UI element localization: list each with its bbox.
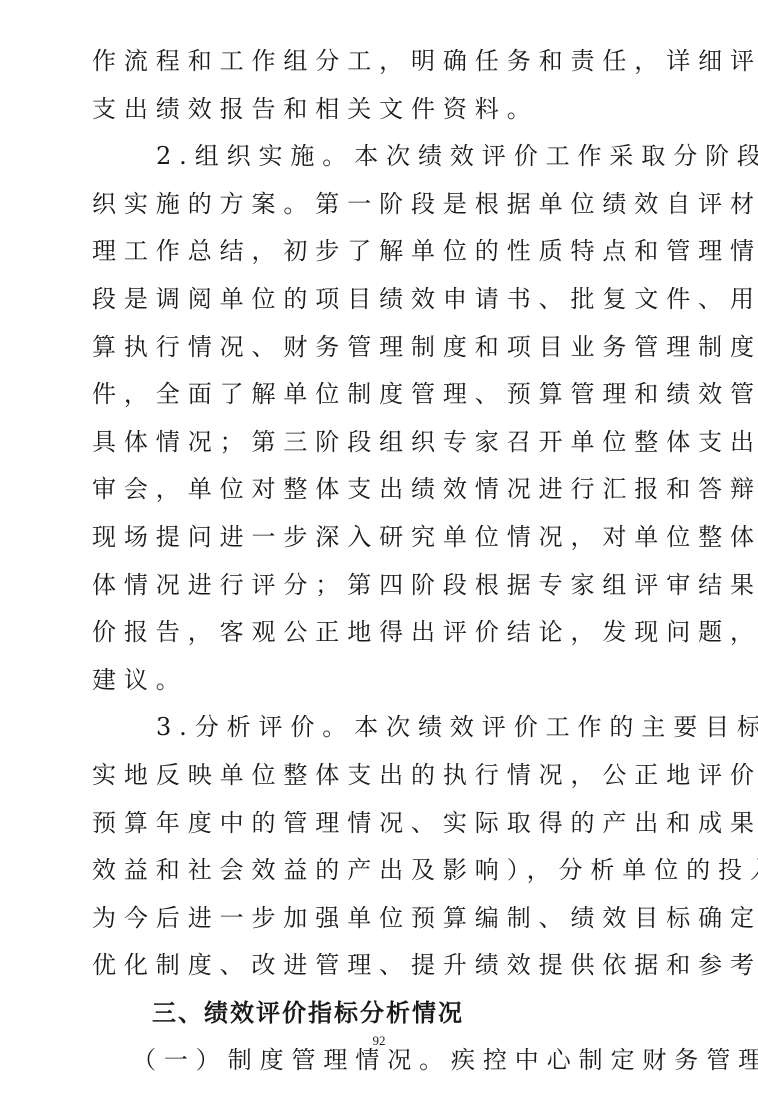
paragraph-line: 现场提问进一步深入研究单位情况，对单位整体支出绩效总 <box>92 514 668 562</box>
paragraph-line: 件，全面了解单位制度管理、预算管理和绩效管理等方面的 <box>92 371 668 419</box>
body-text: 作流程和工作组分工，明确任务和责任，详细评阅单位整体 支出绩效报告和相关文件资料… <box>92 38 668 1085</box>
paragraph-line: 审会，单位对整体支出绩效情况进行汇报和答辩，专家通过 <box>92 466 668 514</box>
paragraph-line: 建议。 <box>92 657 668 705</box>
paragraph-line: 算执行情况、财务管理制度和项目业务管理制度等规范性文 <box>92 324 668 372</box>
paragraph-line: 织实施的方案。第一阶段是根据单位绩效自评材料和绩效管 <box>92 181 668 229</box>
paragraph-line: 为今后进一步加强单位预算编制、绩效目标确定、完善政策、 <box>92 895 668 943</box>
paragraph-line: 预算年度中的管理情况、实际取得的产出和成果（包括经济 <box>92 800 668 848</box>
paragraph-line: 支出绩效报告和相关文件资料。 <box>92 86 668 134</box>
paragraph-line: 作流程和工作组分工，明确任务和责任，详细评阅单位整体 <box>92 38 668 86</box>
page-number: 92 <box>0 1033 758 1049</box>
paragraph-line: 实地反映单位整体支出的执行情况，公正地评价单位在整个 <box>92 752 668 800</box>
paragraph-line: 具体情况；第三阶段组织专家召开单位整体支出绩效现场评 <box>92 419 668 467</box>
paragraph-line: 段是调阅单位的项目绩效申请书、批复文件、用款计划、预 <box>92 276 668 324</box>
paragraph-first-line: 2.组织实施。本次绩效评价工作采取分阶段、分步骤组 <box>92 133 668 181</box>
paragraph-line: 体情况进行评分；第四阶段根据专家组评审结果撰写绩效评 <box>92 562 668 610</box>
paragraph-line: 理工作总结，初步了解单位的性质特点和管理情况；第二阶 <box>92 228 668 276</box>
document-page: 作流程和工作组分工，明确任务和责任，详细评阅单位整体 支出绩效报告和相关文件资料… <box>0 0 758 1100</box>
section-heading: 三、绩效评价指标分析情况 <box>92 990 668 1038</box>
paragraph-first-line: 3.分析评价。本次绩效评价工作的主要目标是客观、真 <box>92 704 668 752</box>
paragraph-line: 效益和社会效益的产出及影响），分析单位的投入产出效果， <box>92 847 668 895</box>
paragraph-line: 优化制度、改进管理、提升绩效提供依据和参考。 <box>92 942 668 990</box>
paragraph-line: 价报告，客观公正地得出评价结论，发现问题，并提出改进 <box>92 609 668 657</box>
